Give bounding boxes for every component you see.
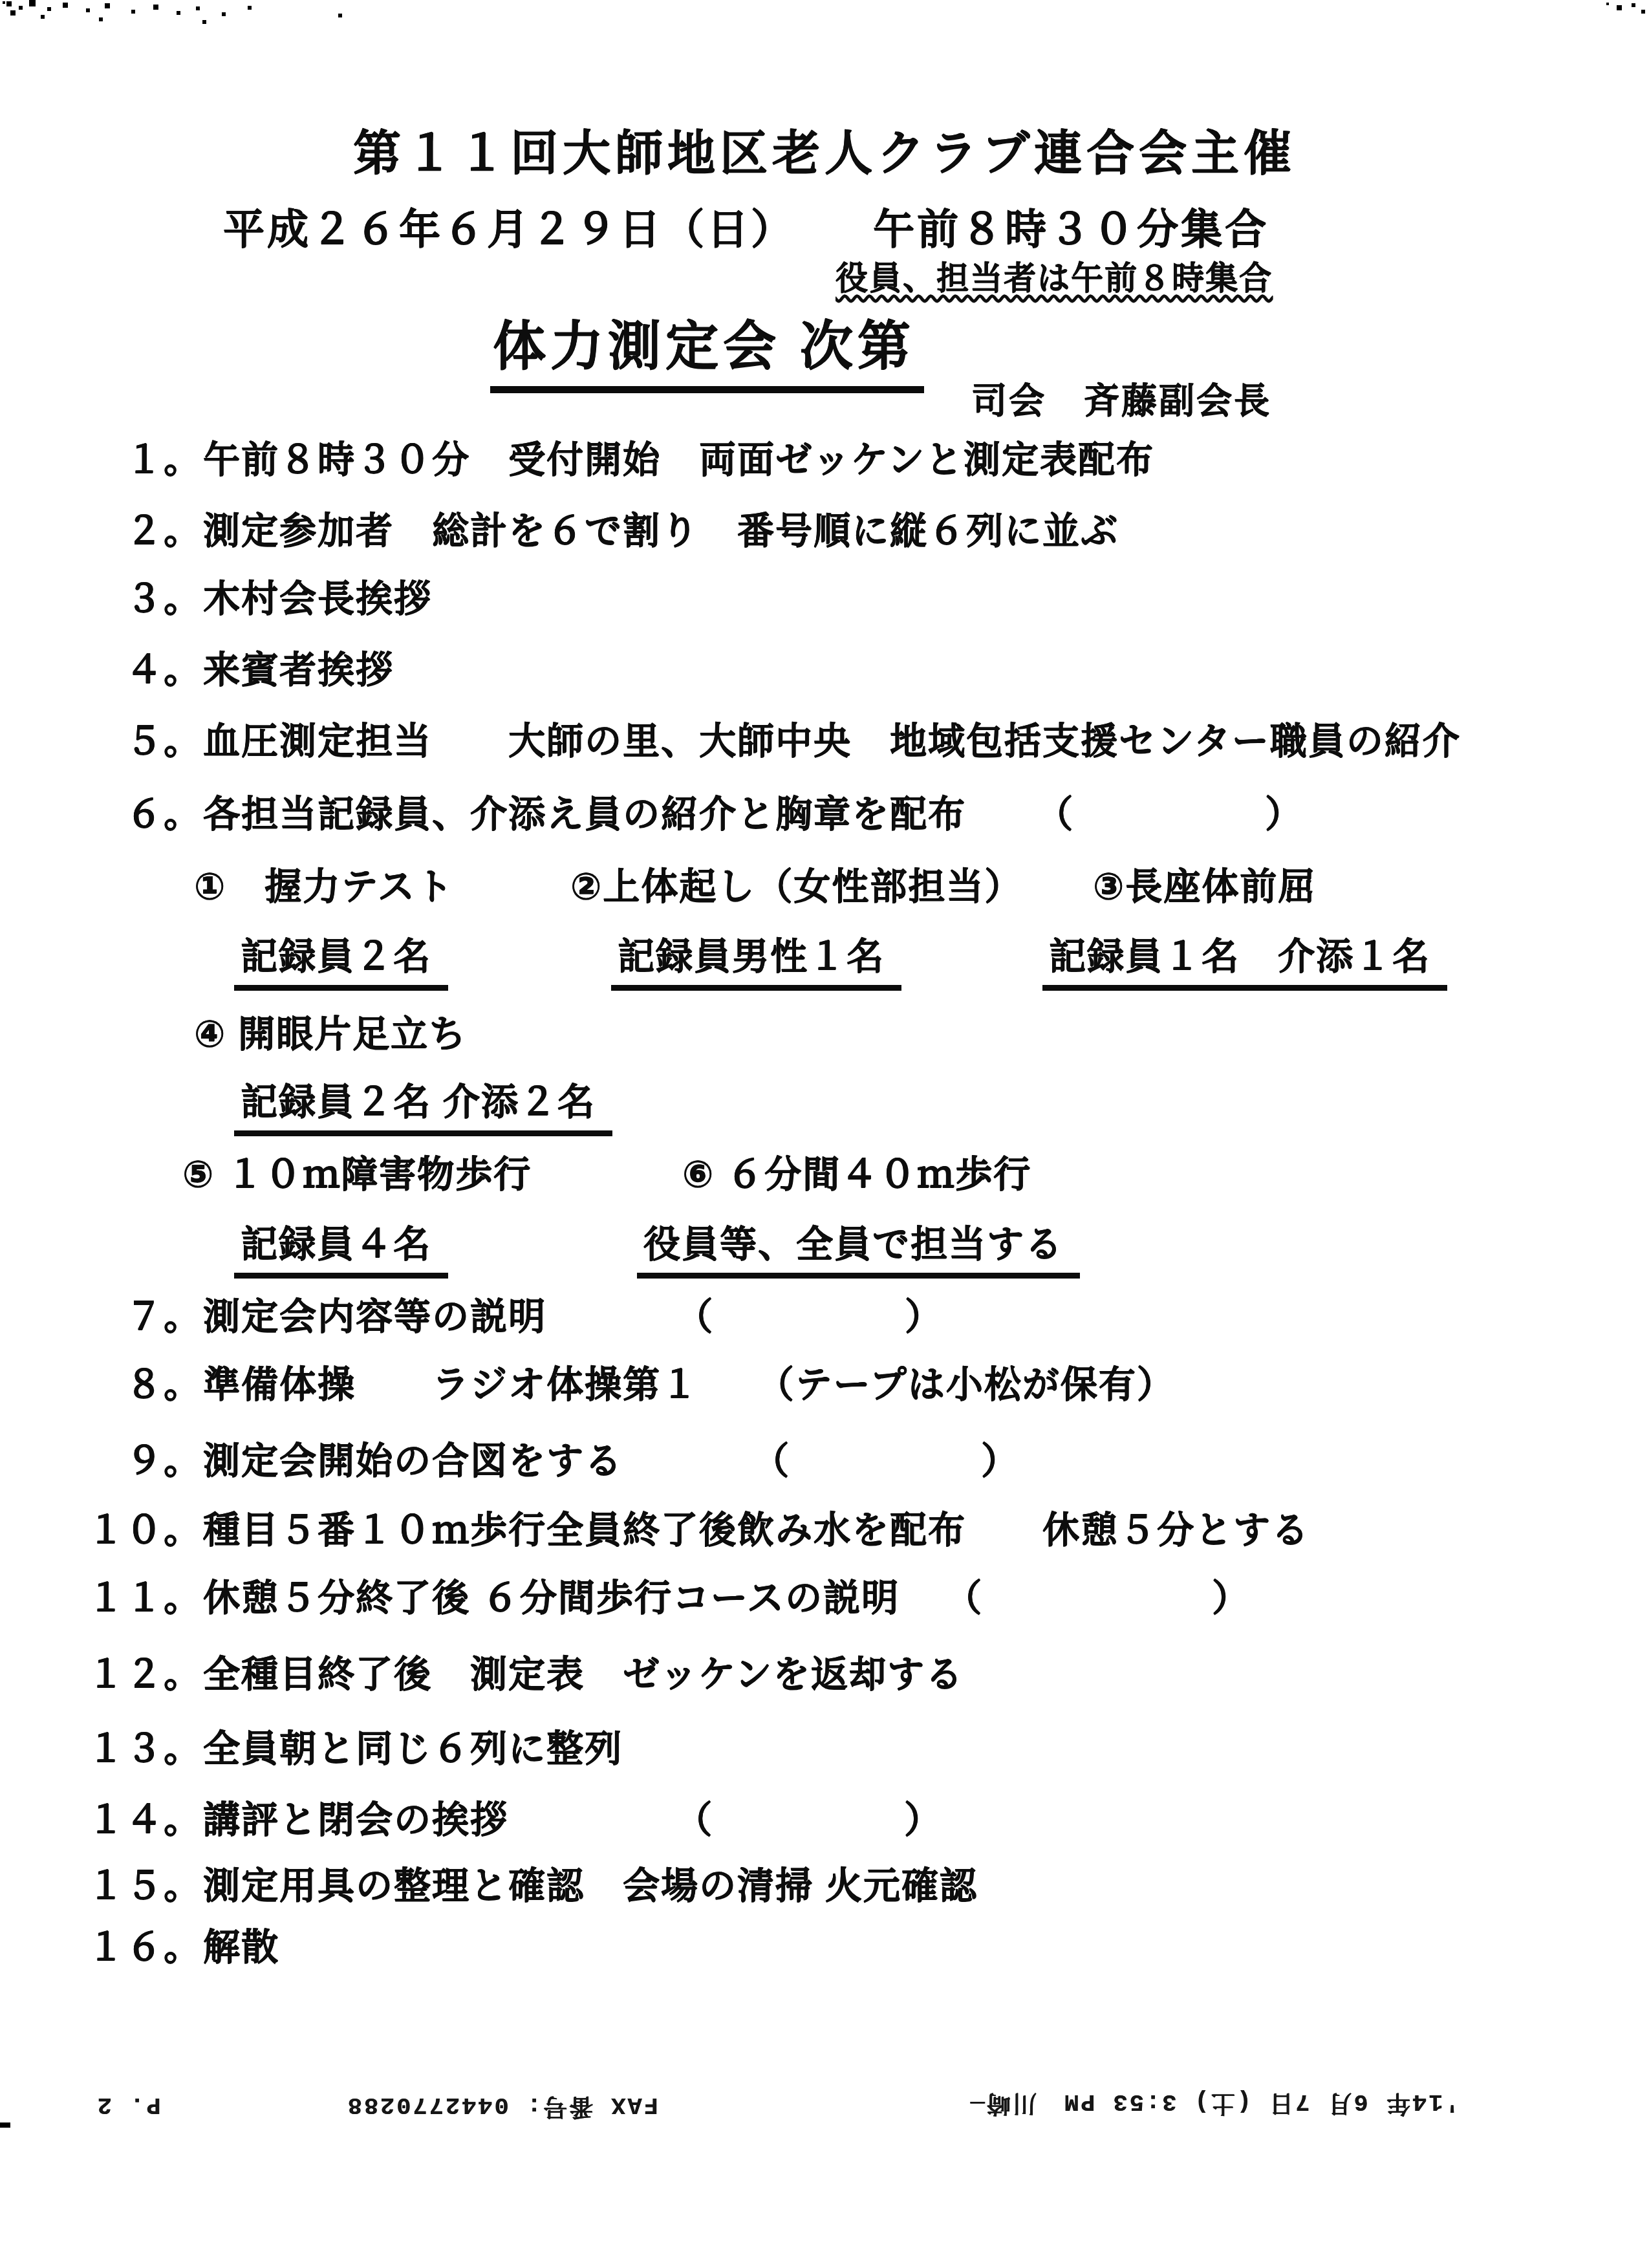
item-text: 測定参加者 総計を６で割り 番号順に縦６列に並ぶ: [203, 501, 1119, 554]
document-page: 第１１回大師地区老人クラブ連合会主催 平成２６年６月２９日（日） 午前８時３０分…: [0, 0, 1649, 2268]
agenda-item-14: １４。講評と閉会の挨拶（ ）: [65, 1790, 942, 1843]
agenda-item-2: ２。測定参加者 総計を６で割り 番号順に縦６列に並ぶ: [65, 501, 1119, 554]
scan-noise-top-right: [1606, 3, 1609, 5]
blank-parentheses: （ ）: [675, 1790, 942, 1843]
item-text: 木村会長挨拶: [203, 569, 432, 622]
event-3-forward-bend: ③長座体前屈: [1093, 857, 1316, 910]
event-4-one-leg-stand: ④ 開眼片足立ち: [194, 1004, 467, 1057]
item-number: １３。: [65, 1719, 202, 1772]
event-date: 平成２６年６月２９日（日）: [223, 196, 795, 255]
agenda-item-16: １６。解散: [65, 1917, 279, 1971]
item-number: ６。: [65, 784, 202, 837]
agenda-item-15: １５。測定用具の整理と確認 会場の清掃 火元確認: [65, 1856, 978, 1909]
item-text: 来賓者挨拶: [203, 640, 394, 693]
organizer-title: 第１１回大師地区老人クラブ連合会主催: [0, 115, 1649, 184]
agenda-item-9: ９。測定会開始の合図をする（ ）: [65, 1431, 1019, 1484]
blank-parentheses: （ ）: [676, 1287, 943, 1340]
event-3-staff: 記録員１名 介添１名: [1042, 927, 1447, 991]
item-number: ４。: [65, 640, 202, 693]
agenda-item-6: ６。各担当記録員、介添え員の紹介と胸章を配布（ ）: [65, 784, 1303, 837]
item-text: 全種目終了後 測定表 ゼッケンを返却する: [203, 1645, 964, 1698]
agenda-item-13: １３。全員朝と同じ６列に整列: [65, 1719, 623, 1772]
item-number: ９。: [65, 1431, 202, 1484]
agenda-item-5: ５。血圧測定担当 大師の里、大師中央 地域包括支援センター職員の紹介: [65, 711, 1461, 764]
fax-page-number: P. 2: [96, 2091, 161, 2118]
blank-parentheses: （ ）: [1036, 784, 1303, 837]
event-5-staff: 記録員４名: [234, 1215, 448, 1279]
item-number: １５。: [65, 1856, 202, 1909]
event-4-staff: 記録員２名 介添２名: [234, 1072, 612, 1136]
item-number: １１。: [65, 1568, 202, 1621]
item-text: 準備体操 ラジオ体操第１ （テープは小松が保有）: [203, 1355, 1175, 1408]
scanned-fax-document: { "doc": { "organizer": "第１１回大師地区老人クラブ連合…: [0, 0, 1649, 2268]
item-number: １６。: [65, 1917, 202, 1971]
item-number: １４。: [65, 1790, 202, 1843]
mc-credit: 司会 斉藤副会長: [971, 372, 1271, 423]
agenda-item-8: ８。準備体操 ラジオ体操第１ （テープは小松が保有）: [65, 1355, 1175, 1408]
event-2-staff: 記録員男性１名: [611, 927, 901, 991]
item-text: 測定会開始の合図をする: [203, 1431, 623, 1484]
agenda-item-3: ３。木村会長挨拶: [65, 569, 432, 622]
item-text: 血圧測定担当 大師の里、大師中央 地域包括支援センター職員の紹介: [203, 711, 1461, 764]
fax-number-stamp: FAX 番号: 0442770288: [346, 2091, 658, 2126]
event-2-situp: ②上体起し（女性部担当）: [570, 857, 1022, 910]
item-text: 各担当記録員、介添え員の紹介と胸章を配布: [203, 784, 966, 837]
item-text: 測定用具の整理と確認 会場の清掃 火元確認: [203, 1856, 978, 1909]
agenda-item-11: １１。休憩５分終了後 ６分間歩行コースの説明（ ）: [65, 1568, 1250, 1621]
agenda-item-4: ４。来賓者挨拶: [65, 640, 394, 693]
scan-noise-bottom-left: [0, 2122, 10, 2128]
item-number: ２。: [65, 501, 202, 554]
blank-parentheses: （ ）: [945, 1568, 1250, 1621]
event-5-obstacle-walk: ⑤ １０ｍ障害物歩行: [182, 1145, 532, 1198]
assembly-time: 午前８時３０分集合: [873, 196, 1269, 255]
event-6-6min-walk: ⑥ ６分間４０ｍ歩行: [682, 1145, 1031, 1198]
item-text: 測定会内容等の説明: [203, 1287, 546, 1340]
item-text: 解散: [203, 1917, 279, 1971]
fax-datetime-stamp: '14年 6月 7日 (土) 3:53 PM 川崎─: [969, 2088, 1460, 2123]
event-6-staff: 役員等、全員で担当する: [637, 1215, 1080, 1279]
item-number: ５。: [65, 711, 202, 764]
item-text: 全員朝と同じ６列に整列: [203, 1719, 623, 1772]
item-number: ７。: [65, 1287, 202, 1340]
agenda-item-10: １０。種目５番１０ｍ歩行全員終了後飲み水を配布 休憩５分とする: [65, 1500, 1309, 1553]
item-number: １２。: [65, 1645, 202, 1698]
item-text: 午前８時３０分 受付開始 両面ゼッケンと測定表配布: [203, 430, 1154, 483]
agenda-item-7: ７。測定会内容等の説明（ ）: [65, 1287, 943, 1340]
agenda-item-12: １２。全種目終了後 測定表 ゼッケンを返却する: [65, 1645, 964, 1698]
event-1-grip-test: ① 握力テスト: [194, 857, 454, 910]
item-number: １。: [65, 430, 202, 483]
item-text: 休憩５分終了後 ６分間歩行コースの説明: [203, 1568, 900, 1621]
event-1-staff: 記録員２名: [234, 927, 448, 991]
scan-noise-top-left: [3, 1, 5, 4]
staff-assembly-note: 役員、担当者は午前８時集合: [835, 252, 1273, 299]
item-number: １０。: [65, 1500, 202, 1553]
page-title: 体力測定会 次第: [490, 304, 924, 393]
item-text: 種目５番１０ｍ歩行全員終了後飲み水を配布 休憩５分とする: [203, 1500, 1309, 1553]
agenda-item-1: １。午前８時３０分 受付開始 両面ゼッケンと測定表配布: [65, 430, 1154, 483]
item-number: ８。: [65, 1355, 202, 1408]
item-number: ３。: [65, 569, 202, 622]
blank-parentheses: （ ）: [752, 1431, 1019, 1484]
item-text: 講評と閉会の挨拶: [203, 1790, 508, 1843]
